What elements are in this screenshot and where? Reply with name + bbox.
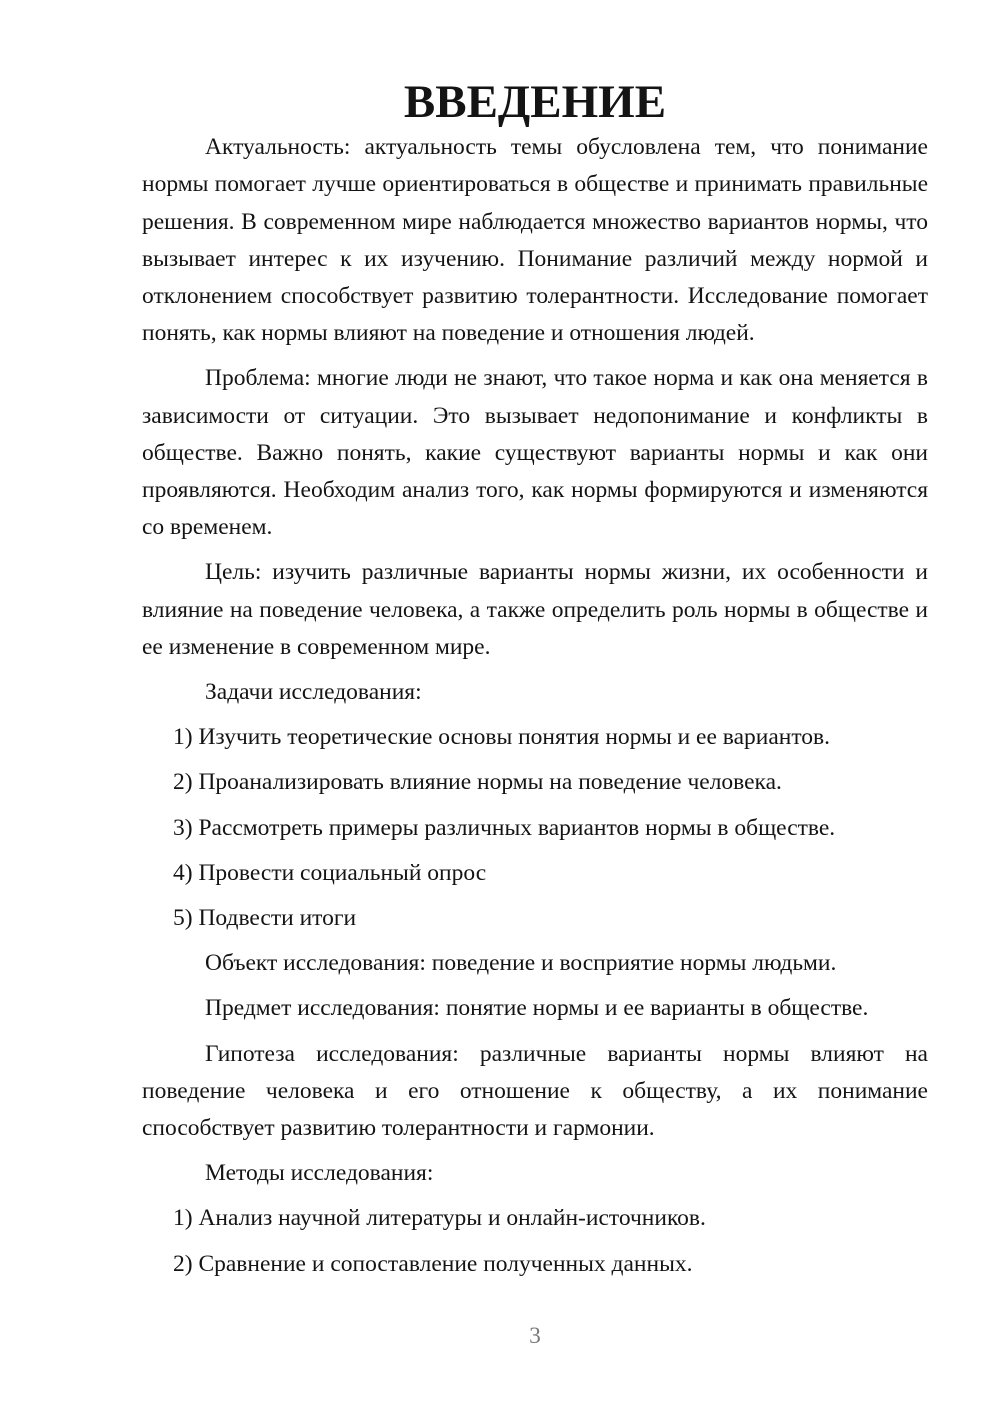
methods-heading: Методы исследования: <box>142 1155 928 1192</box>
method-item-1: 1) Анализ научной литературы и онлайн-ис… <box>142 1200 928 1237</box>
task-item-4: 4) Провести социальный опрос <box>142 855 928 892</box>
page-number: 3 <box>142 1318 928 1355</box>
document-page: ВВЕДЕНИЕ Актуальность: актуальность темы… <box>0 0 1000 1414</box>
task-item-2: 2) Проанализировать влияние нормы на пов… <box>142 764 928 801</box>
page-title: ВВЕДЕНИЕ <box>142 84 928 121</box>
task-item-5: 5) Подвести итоги <box>142 900 928 937</box>
task-item-3: 3) Рассмотреть примеры различных вариант… <box>142 810 928 847</box>
paragraph-aktualnost: Актуальность: актуальность темы обусловл… <box>142 129 928 352</box>
method-item-2: 2) Сравнение и сопоставление полученных … <box>142 1246 928 1283</box>
paragraph-predmet: Предмет исследования: понятие нормы и ее… <box>142 990 928 1027</box>
paragraph-obekt: Объект исследования: поведение и восприя… <box>142 945 928 982</box>
paragraph-gipoteza: Гипотеза исследования: различные вариант… <box>142 1036 928 1148</box>
paragraph-problema: Проблема: многие люди не знают, что тако… <box>142 360 928 546</box>
task-item-1: 1) Изучить теоретические основы понятия … <box>142 719 928 756</box>
paragraph-tsel: Цель: изучить различные варианты нормы ж… <box>142 554 928 666</box>
tasks-heading: Задачи исследования: <box>142 674 928 711</box>
